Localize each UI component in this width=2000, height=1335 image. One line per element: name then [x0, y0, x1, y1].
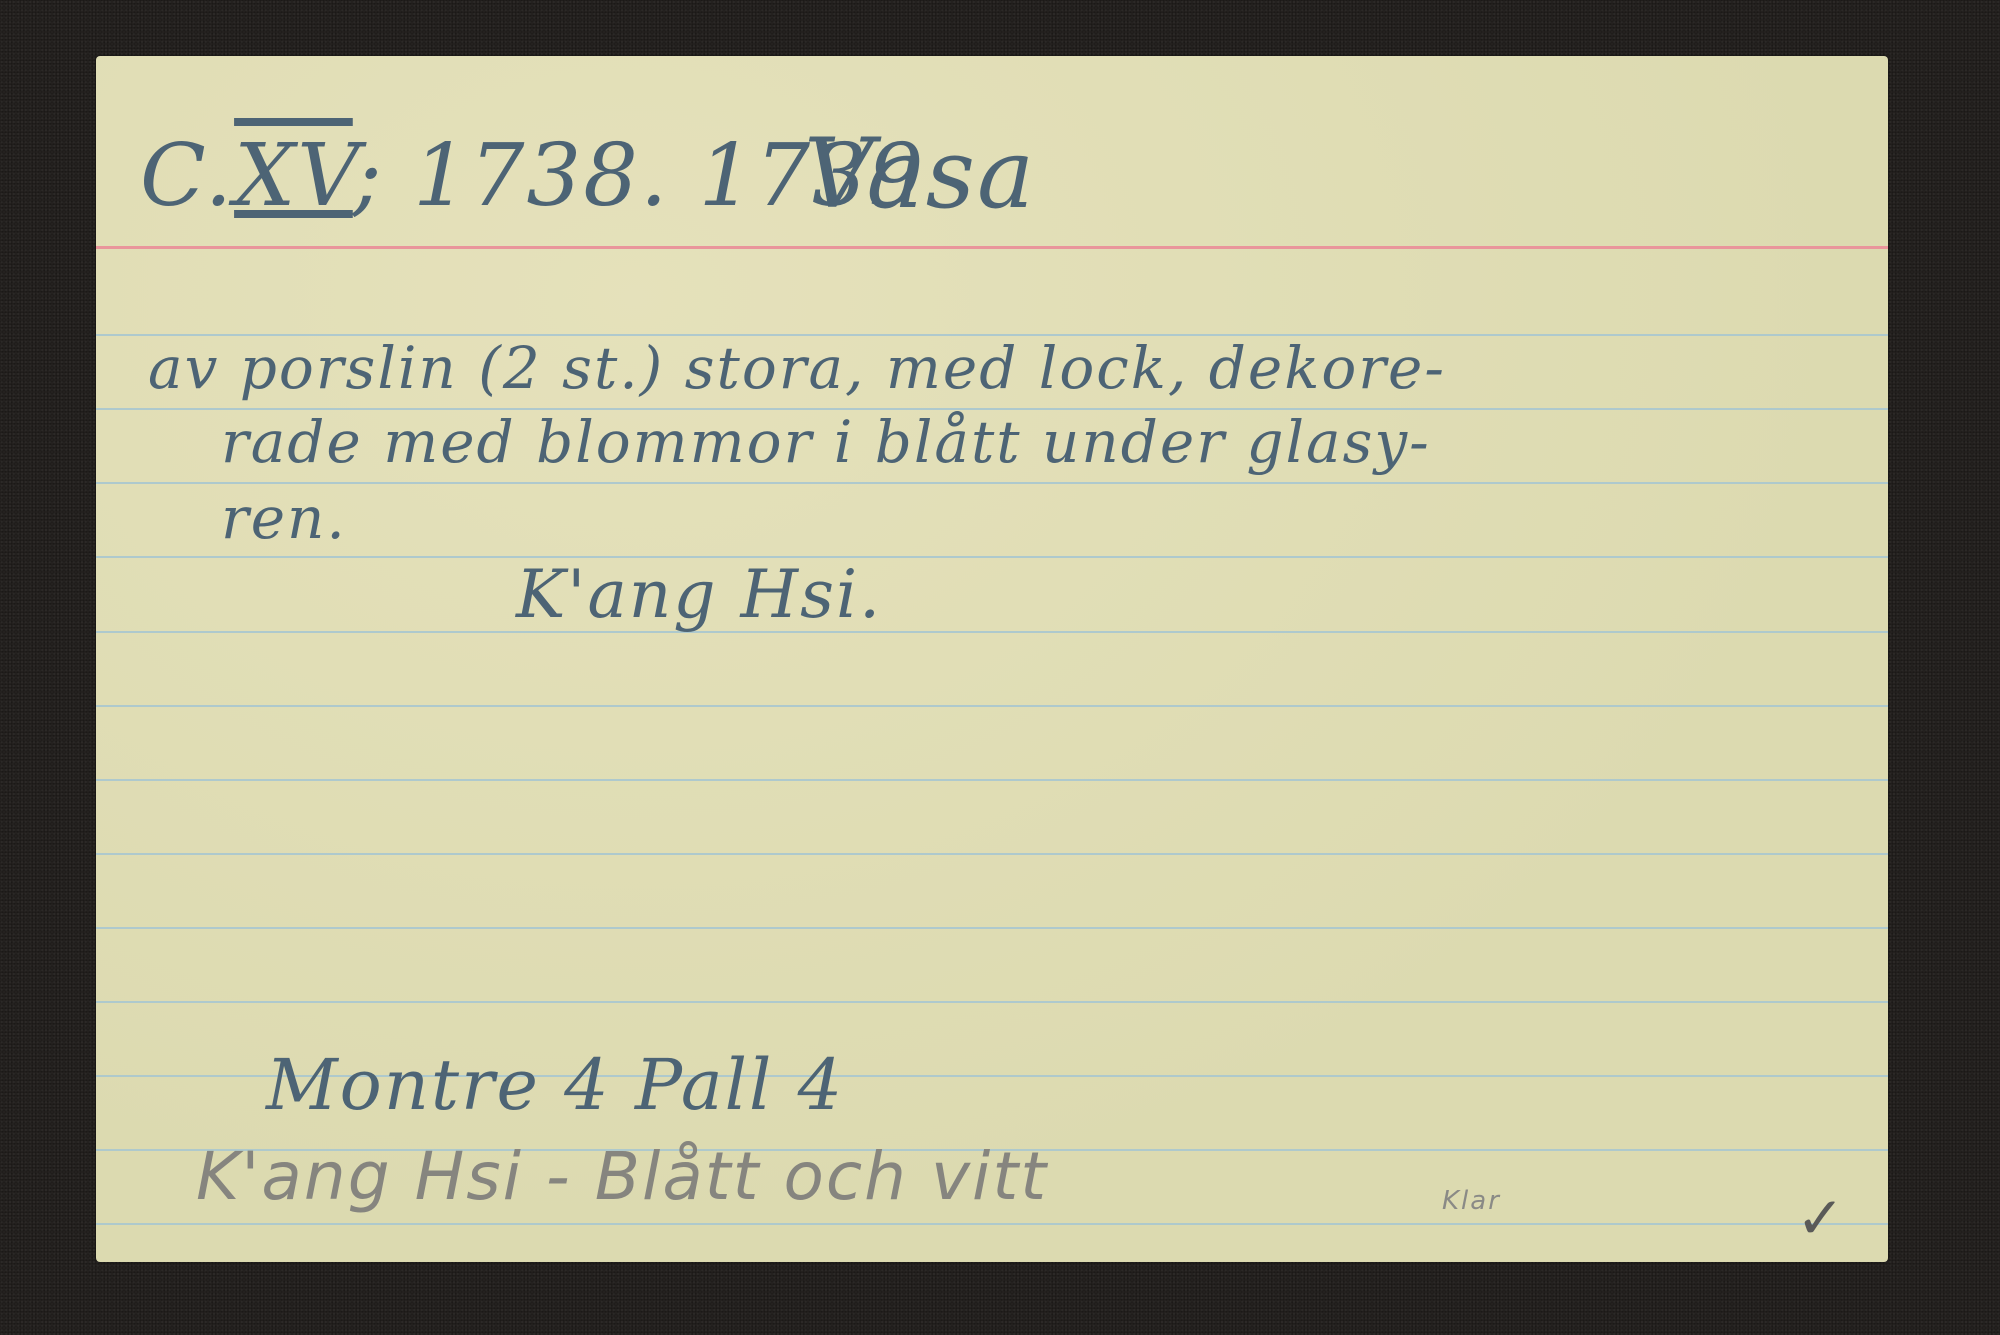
blue-rule — [96, 556, 1888, 558]
blue-rule — [96, 1223, 1888, 1225]
red-header-rule — [96, 246, 1888, 249]
description-line-3: ren. — [221, 484, 347, 552]
catalog-roman-numeral: XV — [234, 126, 353, 226]
catalog-card: C.XV; 1738. 1739 Vasa av porslin (2 st.)… — [96, 56, 1888, 1262]
blue-rule — [96, 853, 1888, 855]
blue-rule — [96, 927, 1888, 929]
object-title: Vasa — [804, 118, 1036, 230]
blue-rule — [96, 1001, 1888, 1003]
blue-rule — [96, 482, 1888, 484]
period-attribution: K'ang Hsi. — [516, 556, 882, 633]
check-mark-icon: ✓ — [1796, 1184, 1847, 1252]
status-note: Klar — [1442, 1186, 1501, 1216]
blue-rule — [96, 631, 1888, 633]
storage-location: Montre 4 Pall 4 — [266, 1044, 844, 1126]
description-line-2: rade med blommor i blått under glasy- — [221, 408, 1431, 476]
catalog-prefix: C. — [140, 126, 234, 226]
blue-rule — [96, 705, 1888, 707]
pencil-annotation: K'ang Hsi - Blått och vitt — [196, 1138, 1048, 1215]
blue-rule — [96, 779, 1888, 781]
description-line-1: av porslin (2 st.) stora, med lock, deko… — [148, 334, 1446, 402]
